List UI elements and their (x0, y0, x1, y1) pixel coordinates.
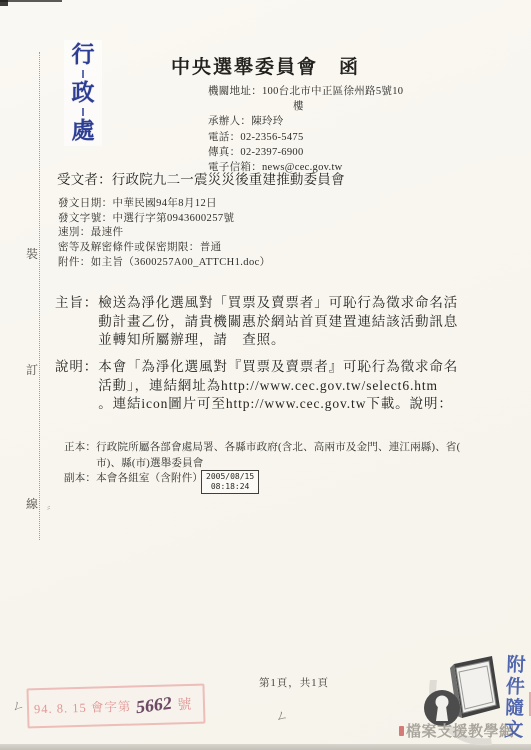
binding-mark-xian: 線 (25, 495, 39, 512)
received-timestamp-box: 2005/08/15 08:18:24 (201, 470, 259, 494)
attachment-follows-stamp: 附 件 隨 文 (502, 655, 529, 742)
issue-date: 發文日期：中華民國94年8月12日 (58, 197, 271, 212)
subject-label: 主旨： (55, 294, 98, 350)
red-tick-mark-icon (399, 726, 404, 736)
original-line: 市)、縣(市)選舉委員會 (96, 456, 460, 472)
subject-body: 檢送為淨化選風對「買票及賣票者」可恥行為徵求命名活 動計畫乙份，請貴機關惠於網站… (98, 294, 458, 350)
subject-line: 動計畫乙份，請貴機關惠於網站首頁建置連結該活動訊息 (98, 313, 458, 332)
binding-mark-zhuang: 裝 (25, 245, 39, 262)
registry-stamp-prefix: 94. 8. 15 會字第 (34, 697, 132, 718)
original-body: 行政院所屬各部會處局署、各縣市政府(含北、高兩市及金門、連江兩縣)、省( 市)、… (96, 440, 460, 471)
priority: 速別：最速件 (58, 226, 271, 241)
agency-phone: 電話：02-2356-5475 (208, 130, 488, 145)
archives-watermark-text: 檔案支援教學網 (399, 720, 515, 741)
explanation-line: 本會「為淨化選風對『買票及賣票者』可恥行為徵求命名 (98, 358, 458, 377)
security-level: 密等及解密條件或保密期限：普通 (58, 241, 271, 256)
watermark-site-name: 檔案支援教學網 (406, 720, 515, 741)
pencil-scribble: 〞 (45, 502, 58, 519)
scan-artifact-corner (0, 0, 8, 6)
received-date: 2005/08/15 (206, 472, 254, 482)
explanation-block: 說明： 本會「為淨化選風對『買票及賣票者』可恥行為徵求命名 活動」，連結網址為h… (55, 358, 458, 414)
cc-body: 本會各組室（含附件） (96, 471, 203, 487)
pencil-mark: ㄥ (274, 704, 290, 725)
recipient-line: 受文者：行政院九二一震災災後重建推動委員會 (57, 168, 345, 188)
binding-mark-ding: 訂 (25, 361, 39, 378)
explanation-label: 說明： (55, 358, 98, 414)
scan-artifact-top (0, 0, 62, 2)
agency-address-wrap: 樓 (208, 99, 488, 114)
document-title: 中央選舉委員會 函 (0, 52, 531, 79)
department-stamp-char: 政 (72, 80, 95, 106)
scanned-official-letter: 行 政 處 裝 訂 線 〞 中央選舉委員會 函 機關地址：100台北市中正區徐州… (0, 0, 531, 750)
page-number: 第1頁，共1頁 (259, 675, 329, 690)
meta-block: 發文日期：中華民國94年8月12日 發文字號：中選行字第0943600257號 … (58, 197, 271, 271)
subject-block: 主旨： 檢送為淨化選風對「買票及賣票者」可恥行為徵求命名活 動計畫乙份，請貴機關… (55, 294, 458, 350)
original-label: 正本： (64, 440, 96, 471)
agency-address: 機關地址：100台北市中正區徐州路5號10 (208, 84, 488, 99)
explanation-line: 活動」，連結網址為http://www.cec.gov.tw/select6.h… (98, 377, 458, 396)
agency-contact: 承辦人：陳玲玲 (208, 114, 488, 129)
attachment-note: 附件：如主旨（3600257A00_ATTCH1.doc） (58, 256, 271, 271)
original-copies-row: 正本： 行政院所屬各部會處局署、各縣市政府(含北、高兩市及金門、連江兩縣)、省(… (64, 440, 494, 471)
received-time: 08:18:24 (206, 482, 254, 492)
registry-date-stamp: 94. 8. 15 會字第 5662 號 (26, 684, 205, 729)
issue-number: 發文字號：中選行字第0943600257號 (58, 212, 271, 227)
registry-stamp-suffix: 號 (177, 694, 192, 714)
attachment-stamp-char: 件 (503, 676, 528, 698)
attachment-stamp-char: 隨 (502, 698, 527, 720)
cc-copies-row: 副本： 本會各組室（含附件） (64, 471, 494, 487)
attachment-stamp-char: 文 (502, 719, 527, 741)
registry-stamp-handwritten-number: 5662 (136, 692, 173, 718)
explanation-line: 。連結icon圖片可至http://www.cec.gov.tw下載。說明： (98, 395, 458, 414)
subject-line: 並轉知所屬辦理，請 查照。 (98, 331, 458, 350)
pencil-mark: ㄥ (9, 694, 26, 716)
agency-info-block: 機關地址：100台北市中正區徐州路5號10 樓 承辦人：陳玲玲 電話：02-23… (208, 84, 488, 175)
binding-dotted-line (39, 52, 40, 540)
distribution-block: 正本： 行政院所屬各部會處局署、各縣市政府(含北、高兩市及金門、連江兩縣)、省(… (64, 440, 494, 487)
subject-line: 檢送為淨化選風對「買票及賣票者」可恥行為徵求命名活 (98, 294, 458, 313)
stamp-dash (82, 108, 84, 116)
department-stamp-char: 處 (72, 118, 95, 144)
attachment-stamp-char: 附 (504, 655, 529, 677)
cc-label: 副本： (64, 471, 96, 487)
original-line: 行政院所屬各部會處局署、各縣市政府(含北、高兩市及金門、連江兩縣)、省( (96, 440, 460, 456)
agency-fax: 傳真：02-2397-6900 (208, 145, 488, 160)
explanation-body: 本會「為淨化選風對『買票及賣票者』可恥行為徵求命名 活動」，連結網址為http:… (98, 358, 458, 414)
